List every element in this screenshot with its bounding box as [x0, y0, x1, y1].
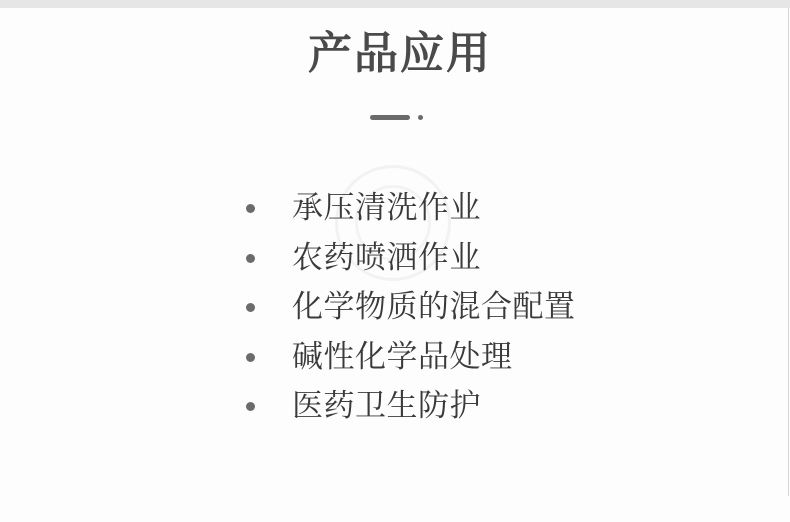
title-divider-dot [418, 115, 423, 120]
title-divider-dash [370, 115, 410, 120]
section-title: 产品应用 [0, 26, 790, 82]
bullet-icon [246, 303, 255, 312]
bullet-icon [246, 402, 255, 411]
list-item-label: 医药卫生防护 [292, 384, 481, 428]
top-bar [0, 0, 790, 8]
list-item-label: 化学物质的混合配置 [292, 285, 576, 329]
list-item-label: 碱性化学品处理 [292, 335, 513, 379]
bullet-icon [246, 353, 255, 362]
list-item-label: 农药喷洒作业 [292, 236, 481, 280]
list-item-label: 承压清洗作业 [292, 186, 481, 230]
bullet-icon [246, 204, 255, 213]
bullet-icon [246, 254, 255, 263]
